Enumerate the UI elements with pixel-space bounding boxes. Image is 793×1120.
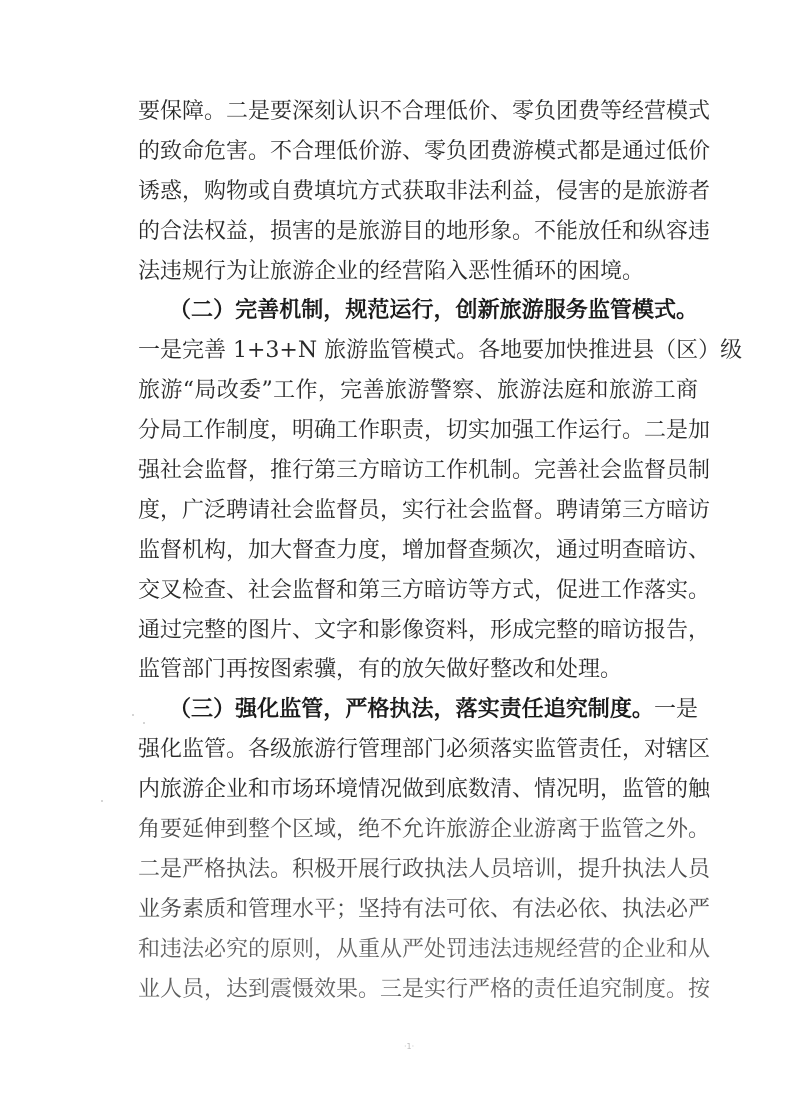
section-heading-2: （二）完善机制，规范运行，创新旅游服务监管模式。 bbox=[138, 291, 698, 331]
body-line: 的致命危害。不合理低价游、零负团费游模式都是通过低价 bbox=[138, 132, 698, 172]
page-number: ·1· bbox=[404, 1042, 414, 1051]
section-heading-3: （三）强化监管，严格执法，落实责任追究制度。 bbox=[169, 696, 654, 722]
body-line: 交叉检查、社会监督和第三方暗访等方式，促进工作落实。 bbox=[138, 571, 698, 611]
body-line: 业务素质和管理水平；坚持有法可依、有法必依、执法必严 bbox=[138, 890, 698, 930]
heading-tail-text: 一是 bbox=[654, 697, 698, 722]
body-line: 二是严格执法。积极开展行政执法人员培训，提升执法人员 bbox=[138, 850, 698, 890]
body-line: 度，广泛聘请社会监督员，实行社会监督。聘请第三方暗访 bbox=[138, 491, 698, 531]
document-body: 要保障。二是要深刻认识不合理低价、零负团费等经营模式 的致命危害。不合理低价游、… bbox=[138, 92, 698, 1009]
section-heading-3-line: （三）强化监管，严格执法，落实责任追究制度。一是 bbox=[138, 690, 698, 730]
scan-speck bbox=[132, 714, 134, 716]
body-line: 通过完整的图片、文字和影像资料，形成完整的暗访报告， bbox=[138, 611, 698, 651]
scan-speck bbox=[101, 800, 103, 802]
body-line: 的合法权益，损害的是旅游目的地形象。不能放任和纵容违 bbox=[138, 212, 698, 252]
body-line: 监管部门再按图索骥，有的放矢做好整改和处理。 bbox=[138, 650, 698, 690]
body-line: 一是完善 1+3+N 旅游监管模式。各地要加快推进县（区）级 bbox=[138, 331, 698, 371]
document-page: 要保障。二是要深刻认识不合理低价、零负团费等经营模式 的致命危害。不合理低价游、… bbox=[0, 0, 793, 1120]
body-line: 角要延伸到整个区域，绝不允许旅游企业游离于监管之外。 bbox=[138, 810, 698, 850]
body-line: 旅游“局改委”工作，完善旅游警察、旅游法庭和旅游工商 bbox=[138, 371, 698, 411]
body-line: 监督机构，加大督查力度，增加督查频次，通过明查暗访、 bbox=[138, 531, 698, 571]
body-line: 业人员，达到震慑效果。三是实行严格的责任追究制度。按 bbox=[138, 970, 698, 1010]
body-line: 和违法必究的原则，从重从严处罚违法违规经营的企业和从 bbox=[138, 930, 698, 970]
body-line: 要保障。二是要深刻认识不合理低价、零负团费等经营模式 bbox=[138, 92, 698, 132]
body-line: 法违规行为让旅游企业的经营陷入恶性循环的困境。 bbox=[138, 252, 698, 292]
body-line: 强化监管。各级旅游行管理部门必须落实监管责任，对辖区 bbox=[138, 730, 698, 770]
body-line: 分局工作制度，明确工作职责，切实加强工作运行。二是加 bbox=[138, 411, 698, 451]
body-line: 强社会监督，推行第三方暗访工作机制。完善社会监督员制 bbox=[138, 451, 698, 491]
scan-speck bbox=[143, 722, 145, 724]
body-line: 内旅游企业和市场环境情况做到底数清、情况明，监管的触 bbox=[138, 770, 698, 810]
body-line: 诱惑，购物或自费填坑方式获取非法利益，侵害的是旅游者 bbox=[138, 172, 698, 212]
